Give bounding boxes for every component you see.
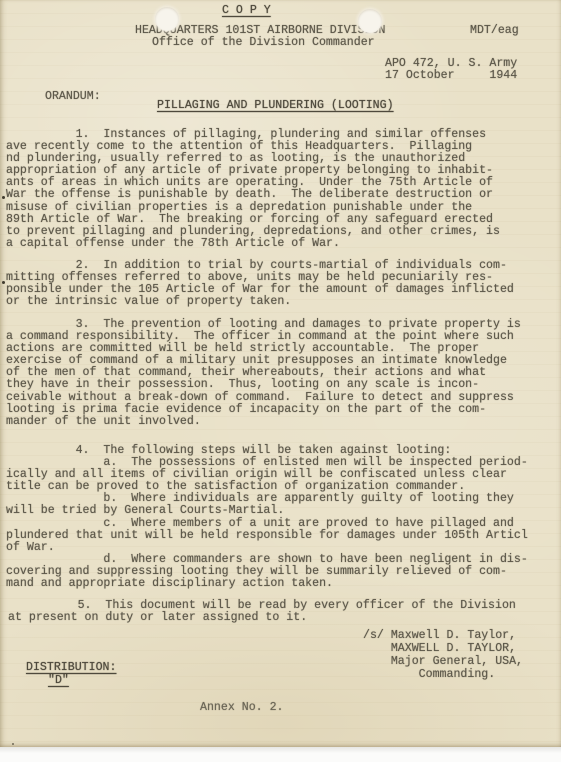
reference-initials: MDT/eag — [470, 25, 519, 37]
date-line: 17 October 1944 — [385, 70, 517, 82]
hole-punch — [155, 7, 179, 31]
distribution-value: "D" — [48, 675, 69, 687]
paragraph-1: 1. Instances of pillaging, plundering an… — [6, 129, 500, 250]
paper-speck — [2, 281, 5, 284]
paragraph-5: 5. This document will be read by every o… — [8, 600, 516, 624]
paper-speck — [2, 196, 5, 199]
hole-punch — [358, 9, 382, 33]
paragraph-3: 3. The prevention of looting and damages… — [6, 319, 521, 428]
annex-note: Annex No. 2. — [200, 702, 284, 714]
office-line: Office of the Division Commander — [152, 37, 375, 49]
distribution-label: DISTRIBUTION: — [26, 662, 116, 674]
memorandum-label: ORANDUM: — [45, 91, 101, 103]
scanner-background — [0, 747, 561, 762]
signature-block: /s/ Maxwell D. Taylor, MAXWELL D. TAYLOR… — [363, 629, 523, 681]
paragraph-2: 2. In addition to trial by courts-martia… — [6, 260, 514, 308]
paper-speck — [12, 743, 14, 745]
document-page: C O P Y HEADQUARTERS 101ST AIRBORNE DIVI… — [0, 0, 561, 747]
scanned-document: C O P Y HEADQUARTERS 101ST AIRBORNE DIVI… — [0, 0, 561, 762]
paragraph-4: 4. The following steps will be taken aga… — [6, 445, 528, 590]
subject-title: PILLAGING AND PLUNDERING (LOOTING) — [157, 100, 394, 112]
copy-stamp: C O P Y — [222, 5, 271, 17]
